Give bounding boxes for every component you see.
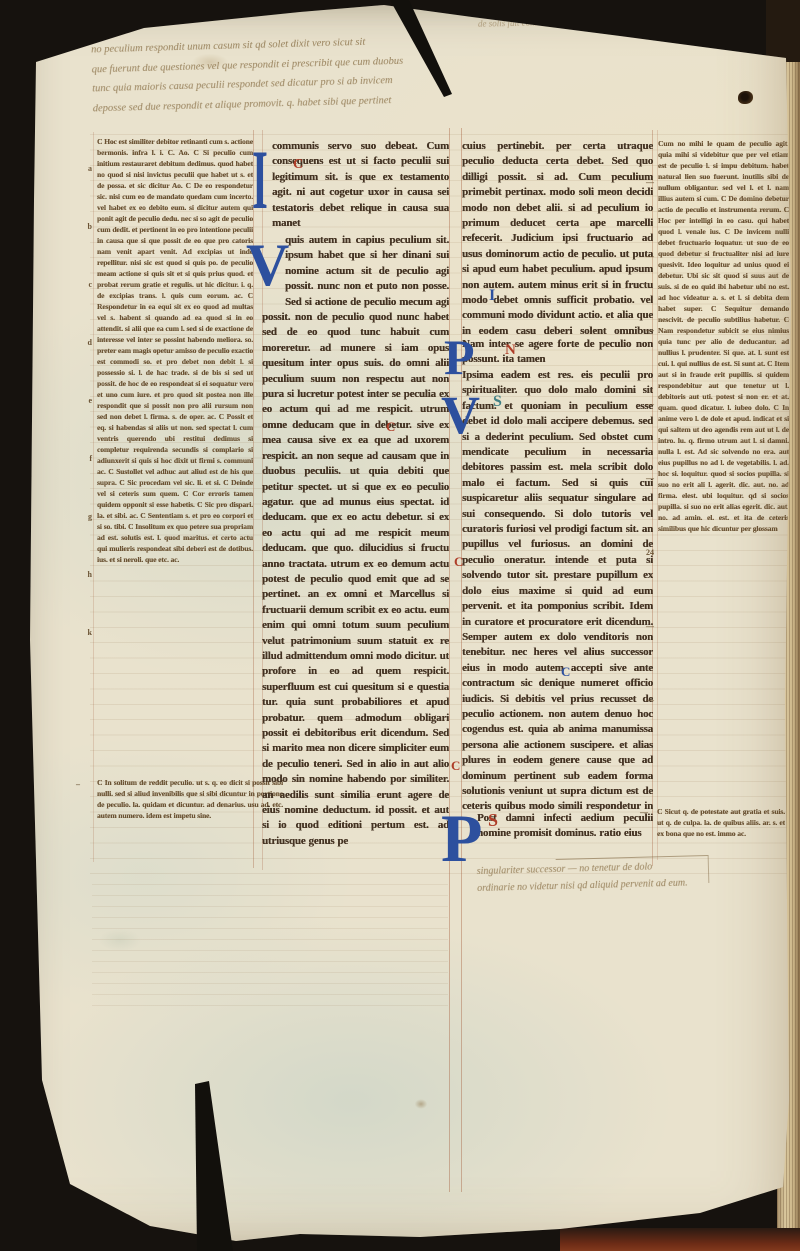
- col1-body: quis autem in capius peculium sit. ipsum…: [262, 233, 449, 849]
- gloss-column-right: Cum no mihi le quam de peculio agit. qui…: [658, 138, 789, 758]
- col2-section-1: cuius pertinebit. per certa utraque pecu…: [462, 139, 653, 337]
- rubricated-initial-C-mid: C: [386, 420, 395, 433]
- red-paraph-mark: C: [454, 555, 463, 568]
- gloss-left-lead-letters: abcdefghk: [74, 140, 92, 662]
- blue-paraph-mark: C: [561, 665, 570, 678]
- illuminated-initial-V-ulpianus: V: [441, 388, 480, 442]
- illuminated-initial-I: I: [252, 138, 268, 223]
- gloss-right-markers: —————24——: [640, 146, 654, 738]
- gloss-left-bottom-block: C In solitum de reddit peculio. ut s. q.…: [97, 777, 283, 861]
- col1-body-text: quis autem in capius peculium sit. ipsum…: [262, 234, 449, 847]
- illuminated-initial-I-small: I: [489, 288, 495, 304]
- col2-section-paulus: Nam inter se agere forte de peculio non …: [462, 337, 653, 368]
- marginal-note-bottom: singulariter successor — no tenetur de d…: [477, 857, 710, 901]
- marginal-note-top-left: no peculium respondit unum casum sit qd …: [91, 32, 411, 125]
- col1-incipit: communis servo suo debeat. Cum consequen…: [262, 139, 449, 233]
- main-text-column-2: cuius pertinebit. per certa utraque pecu…: [462, 139, 653, 851]
- marginal-note-top-center: de solis fuit comes una voce que ad g. q…: [478, 13, 738, 34]
- illuminated-initial-P-post: P: [441, 804, 483, 872]
- gloss-right-bottom-block: C Sicut q. de potestate aut gratia et su…: [657, 806, 785, 858]
- rubricated-initial-C: C: [293, 158, 303, 172]
- rubricated-initial-S-post: S: [488, 811, 498, 829]
- binding-band: [560, 1228, 800, 1251]
- illuminated-initial-V: V: [246, 235, 289, 295]
- parchment-page: no peculium respondit unum casum sit qd …: [0, 0, 800, 1251]
- gloss-column-left: C Hoc est similiter debitor retinanti cu…: [97, 136, 253, 660]
- decorated-initial-S: S: [493, 394, 502, 410]
- manuscript-photo: no peculium respondit unum casum sit qd …: [0, 0, 800, 1251]
- col2-section-ulpianus: Ipsima eadem est res. eis peculii pro sp…: [462, 368, 653, 811]
- main-text-column-1: communis servo suo debeat. Cum consequen…: [262, 139, 449, 851]
- binding-corner: [766, 0, 800, 62]
- gloss-left-bottom-marker: –: [76, 780, 80, 789]
- illuminated-initial-P-paulus: P: [444, 332, 475, 382]
- rubricated-initial-N: N: [505, 343, 516, 358]
- gloss-right-bottom-marker: —: [640, 808, 648, 817]
- red-paraph-mark-2: C: [451, 759, 460, 772]
- parchment-hole: [738, 91, 753, 104]
